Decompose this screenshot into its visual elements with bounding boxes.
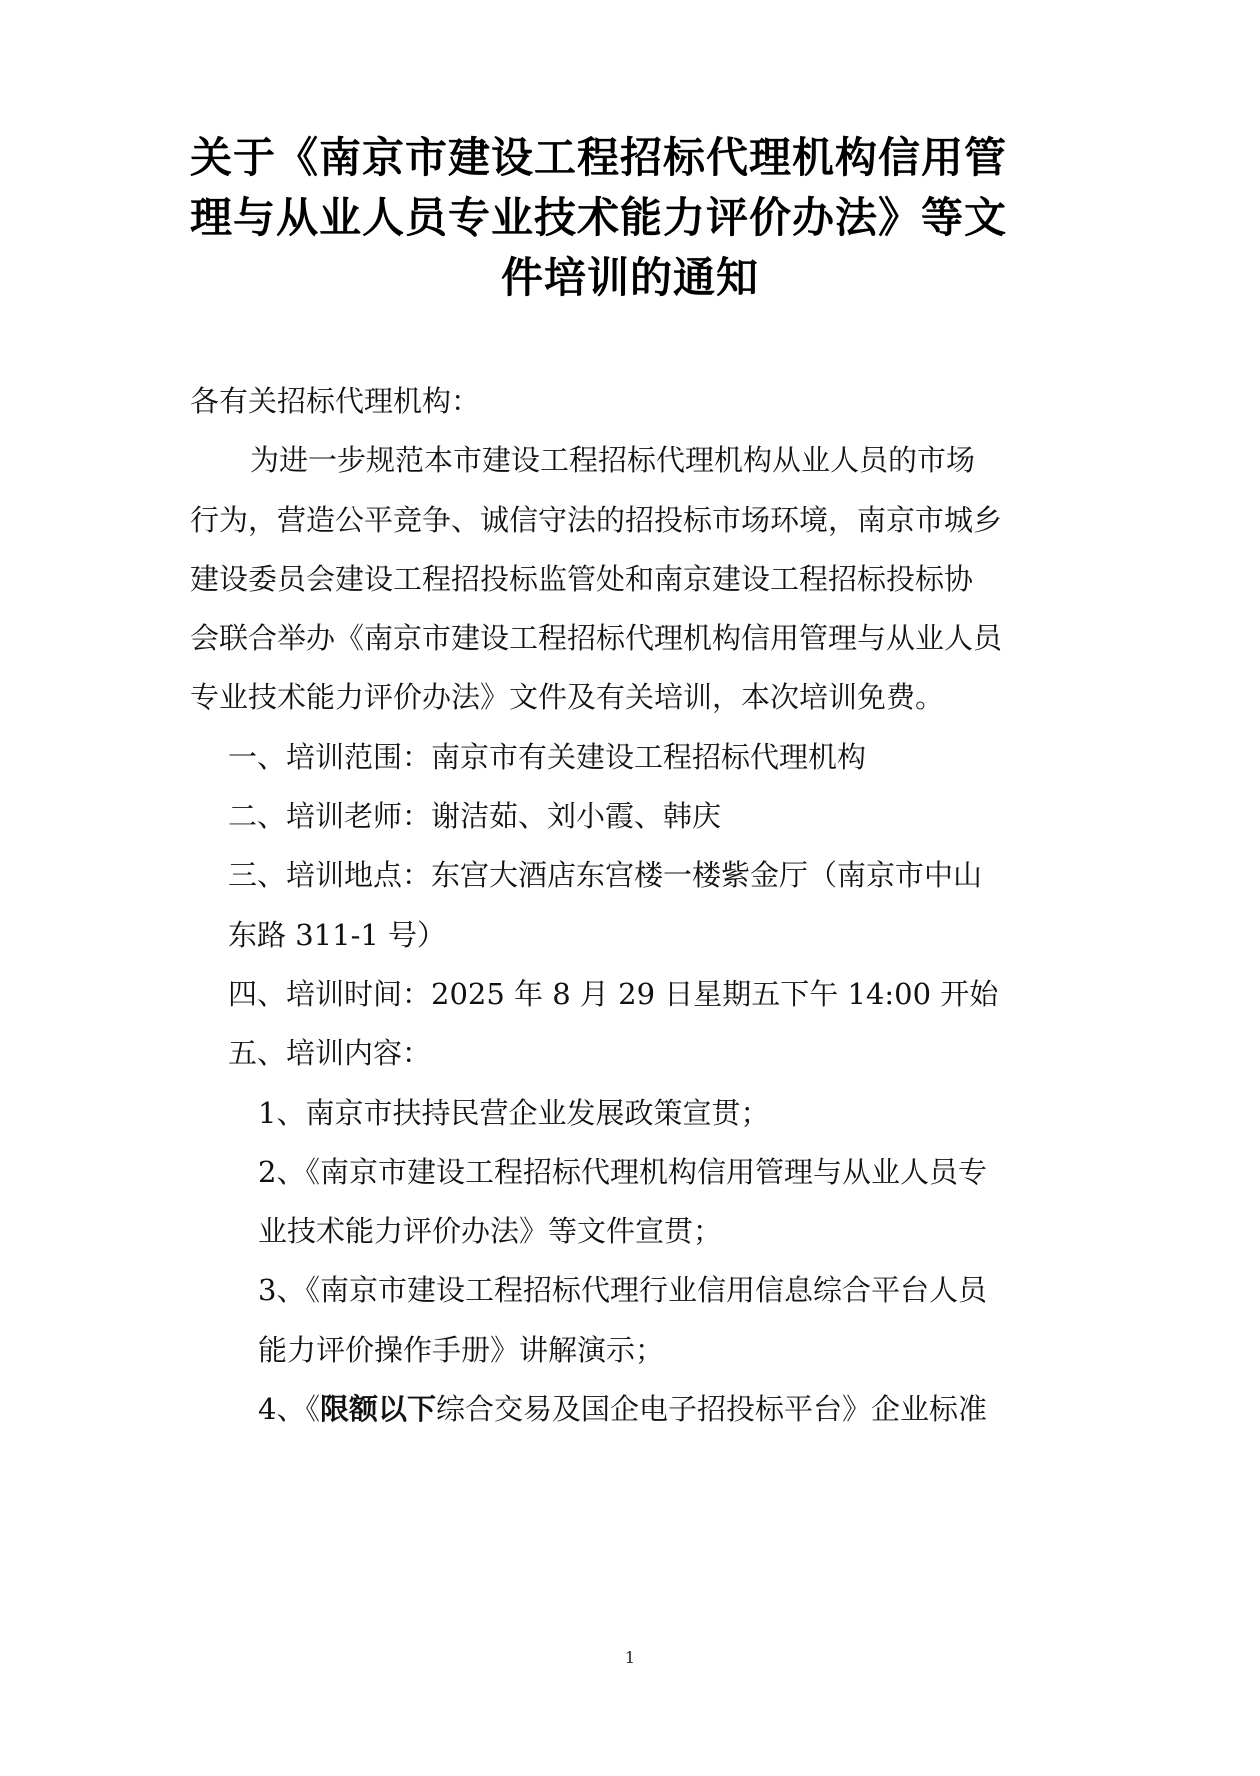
content-item-3-line-2: 能力评价操作手册》讲解演示； [190,1321,1070,1380]
section-scope-text: 南京市有关建设工程招标代理机构 [431,740,866,774]
section-location-label: 三、培训地点： [228,858,431,892]
section-teachers: 二、培训老师：谢洁茹、刘小霞、韩庆 [190,787,1070,846]
content-item-2-line-1: 2、《南京市建设工程招标代理机构信用管理与从业人员专 [190,1143,1070,1202]
page-number: 1 [0,1648,1260,1667]
intro-line-1: 为进一步规范本市建设工程招标代理机构从业人员的市场 [190,431,1070,490]
document-body: 各有关招标代理机构： 为进一步规范本市建设工程招标代理机构从业人员的市场 行为，… [190,372,1070,1439]
section-location: 三、培训地点：东宫大酒店东宫楼一楼紫金厅（南京市中山 [190,846,1070,905]
document-title: 关于《南京市建设工程招标代理机构信用管 理与从业人员专业技术能力评价办法》等文 … [190,128,1070,308]
section-teachers-label: 二、培训老师： [228,799,431,833]
section-time: 四、培训时间：2025 年 8 月 29 日星期五下午 14:00 开始 [190,965,1070,1024]
intro-line-5: 专业技术能力评价办法》文件及有关培训，本次培训免费。 [190,668,1070,727]
content-item-4: 4、《限额以下综合交易及国企电子招投标平台》企业标准 [190,1380,1070,1439]
content-item-4-rest: 综合交易及国企电子招投标平台》企业标准 [436,1392,987,1426]
intro-line-4: 会联合举办《南京市建设工程招标代理机构信用管理与从业人员 [190,609,1070,668]
content-item-4-prefix: 4、《 [258,1392,320,1426]
section-scope-label: 一、培训范围： [228,740,431,774]
content-item-2-line-2: 业技术能力评价办法》等文件宣贯； [190,1202,1070,1261]
content-item-4-bold: 限额以下 [320,1392,436,1426]
section-time-text: 2025 年 8 月 29 日星期五下午 14:00 开始 [431,977,998,1011]
document-page: 关于《南京市建设工程招标代理机构信用管 理与从业人员专业技术能力评价办法》等文 … [0,0,1260,1776]
title-line-1: 关于《南京市建设工程招标代理机构信用管 [190,128,1070,188]
section-time-label: 四、培训时间： [228,977,431,1011]
title-line-3: 件培训的通知 [190,248,1070,308]
intro-line-3: 建设委员会建设工程招投标监管处和南京建设工程招标投标协 [190,550,1070,609]
intro-line-2: 行为，营造公平竞争、诚信守法的招投标市场环境，南京市城乡 [190,491,1070,550]
section-teachers-text: 谢洁茹、刘小霞、韩庆 [431,799,721,833]
section-location-continuation: 东路 311-1 号） [190,906,1070,965]
section-location-text: 东宫大酒店东宫楼一楼紫金厅（南京市中山 [431,858,982,892]
section-content: 五、培训内容： [190,1024,1070,1083]
section-scope: 一、培训范围：南京市有关建设工程招标代理机构 [190,728,1070,787]
content-item-3-line-1: 3、《南京市建设工程招标代理行业信用信息综合平台人员 [190,1261,1070,1320]
title-line-2: 理与从业人员专业技术能力评价办法》等文 [190,188,1070,248]
salutation: 各有关招标代理机构： [190,372,1070,431]
content-item-1: 1、南京市扶持民营企业发展政策宣贯； [190,1084,1070,1143]
section-content-label: 五、培训内容： [228,1036,431,1070]
